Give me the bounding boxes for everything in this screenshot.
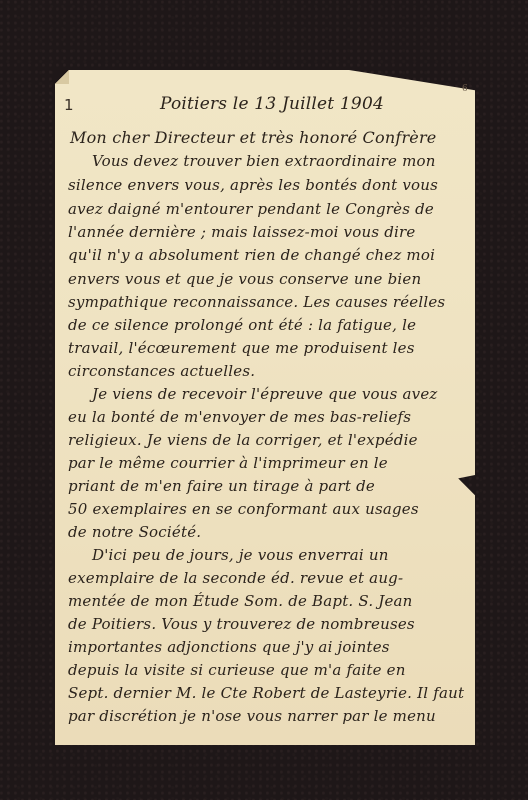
- letter-line: eu la bonté de m'envoyer de mes bas-reli…: [68, 408, 411, 426]
- letter-line: par le même courrier à l'imprimeur en le: [68, 454, 388, 472]
- page-number: 1: [64, 96, 74, 114]
- salutation: Mon cher Directeur et très honoré Confrè…: [70, 128, 436, 147]
- letter-line: de ce silence prolongé ont été : la fati…: [68, 316, 416, 334]
- letter-line: 50 exemplaires en se conformant aux usag…: [68, 500, 419, 518]
- letter-line: avez daigné m'entourer pendant le Congrè…: [68, 200, 434, 218]
- letter-line: exemplaire de la seconde éd. revue et au…: [68, 569, 403, 587]
- letter-line: Je viens de recevoir l'épreuve que vous …: [92, 385, 438, 403]
- letter-line: importantes adjonctions que j'y ai joint…: [68, 638, 390, 656]
- folded-corner: [55, 70, 69, 84]
- letter-line: silence envers vous, après les bontés do…: [68, 176, 438, 194]
- letter-line: l'année dernière ; mais laissez-moi vous…: [68, 223, 415, 241]
- letter-line: depuis la visite si curieuse que m'a fai…: [68, 661, 406, 679]
- letter-line: Vous devez trouver bien extraordinaire m…: [92, 152, 436, 170]
- letter-line: sympathique reconnaissance. Les causes r…: [68, 293, 445, 311]
- letter-line: religieux. Je viens de la corriger, et l…: [68, 431, 418, 449]
- letter-line: mentée de mon Étude Som. de Bapt. S. Jea…: [68, 592, 413, 610]
- letter-line: qu'il n'y a absolument rien de changé ch…: [68, 246, 435, 264]
- date-line: Poitiers le 13 Juillet 1904: [160, 94, 384, 114]
- corner-mark: 6: [462, 84, 468, 94]
- letter-line: envers vous et que je vous conserve une …: [68, 270, 421, 288]
- letter-line: travail, l'écœurement que me produisent …: [68, 339, 415, 357]
- letter-line: par discrétion je n'ose vous narrer par …: [68, 707, 436, 725]
- letter-line: Sept. dernier M. le Cte Robert de Lastey…: [68, 684, 464, 702]
- letter-line: circonstances actuelles.: [68, 362, 255, 380]
- letter-line: D'ici peu de jours, je vous enverrai un: [92, 546, 389, 564]
- letter-line: priant de m'en faire un tirage à part de: [68, 477, 375, 495]
- letter-line: de notre Société.: [68, 523, 201, 541]
- letter-line: de Poitiers. Vous y trouverez de nombreu…: [68, 615, 415, 633]
